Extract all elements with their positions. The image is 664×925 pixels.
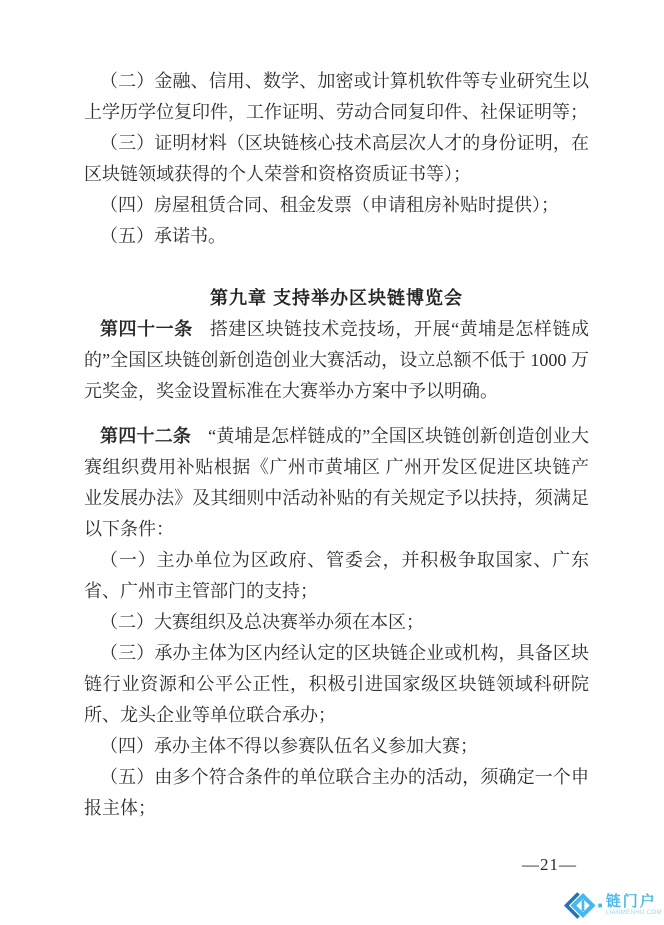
body-paragraph: （四）房屋租赁合同、租金发票（申请租房补贴时提供）； xyxy=(84,190,589,221)
document-page: （二）金融、信用、数学、加密或计算机软件等专业研究生以上学历学位复印件，工作证明… xyxy=(0,0,664,925)
body-paragraph: （二）金融、信用、数学、加密或计算机软件等专业研究生以上学历学位复印件，工作证明… xyxy=(84,66,589,128)
article-number: 第四十二条 xyxy=(100,426,191,446)
paragraph-text: （二）金融、信用、数学、加密或计算机软件等专业研究生以上学历学位复印件，工作证明… xyxy=(84,71,589,122)
paragraph-text: （五）承诺书。 xyxy=(100,226,226,246)
article-number: 第四十一条 xyxy=(100,319,193,339)
body-paragraph: （三）承办主体为区内经认定的区块链企业或机构，具备区块链行业资源和公平公正性，积… xyxy=(84,638,589,731)
watermark-brand: 链门户 xyxy=(606,894,662,910)
paragraph-text: （三）证明材料（区块链核心技术高层次人才的身份证明，在区块链领域获得的个人荣誉和… xyxy=(84,133,589,184)
watermark-text: 链门户 LIANMENHU.COM xyxy=(606,894,662,917)
lianmenhu-logo-icon xyxy=(563,889,603,922)
watermark-domain: LIANMENHU.COM xyxy=(606,910,662,917)
document-body: （二）金融、信用、数学、加密或计算机软件等专业研究生以上学历学位复印件，工作证明… xyxy=(84,66,589,824)
paragraph-text: （四）承办主体不得以参赛队伍名义参加大赛； xyxy=(100,736,478,756)
page-number: —21— xyxy=(522,855,577,875)
paragraph-text: （四）房屋租赁合同、租金发票（申请租房补贴时提供）； xyxy=(100,195,559,215)
body-paragraph: （一）主办单位为区政府、管委会，并积极争取国家、广东省、广州市主管部门的支持； xyxy=(84,545,589,607)
body-paragraph: （三）证明材料（区块链核心技术高层次人才的身份证明，在区块链领域获得的个人荣誉和… xyxy=(84,128,589,190)
paragraph-text: （二）大赛组织及总决赛举办须在本区； xyxy=(100,612,424,632)
chapter-heading: 第九章 支持举办区块链博览会 xyxy=(84,283,589,314)
site-watermark: 链门户 LIANMENHU.COM xyxy=(563,889,662,922)
paragraph-text: （五）由多个符合条件的单位联合主办的活动，须确定一个申报主体； xyxy=(84,767,589,818)
paragraph-text: （三）承办主体为区内经认定的区块链企业或机构，具备区块链行业资源和公平公正性，积… xyxy=(84,643,589,725)
article-paragraph: 第四十一条搭建区块链技术竞技场，开展“黄埔是怎样链成的”全国区块链创新创造创业大… xyxy=(84,314,589,407)
body-paragraph: （五）由多个符合条件的单位联合主办的活动，须确定一个申报主体； xyxy=(84,762,589,824)
paragraph-text: （一）主办单位为区政府、管委会，并积极争取国家、广东省、广州市主管部门的支持； xyxy=(84,550,589,601)
body-paragraph: （五）承诺书。 xyxy=(84,221,589,252)
article-paragraph: 第四十二条“黄埔是怎样链成的”全国区块链创新创造创业大赛组织费用补贴根据《广州市… xyxy=(84,421,589,545)
body-paragraph: （二）大赛组织及总决赛举办须在本区； xyxy=(84,607,589,638)
body-paragraph: （四）承办主体不得以参赛队伍名义参加大赛； xyxy=(84,731,589,762)
